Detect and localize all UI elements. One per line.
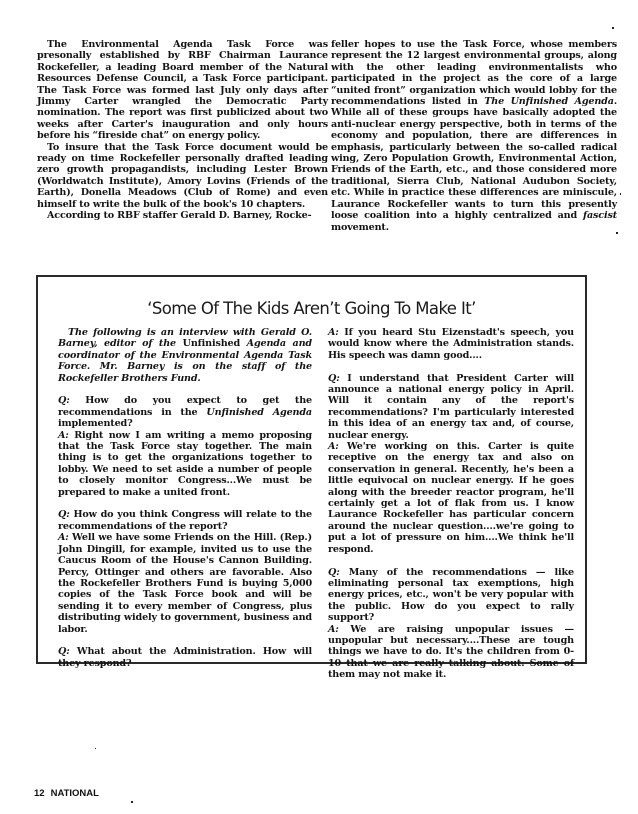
answer-label: A: xyxy=(328,327,339,338)
answer-label: A: xyxy=(58,430,69,441)
answer-label: A: xyxy=(328,441,339,452)
article-paragraph: To insure that the Task Force document w… xyxy=(37,142,328,210)
emphasis: fascist xyxy=(583,210,617,221)
qa-block: Q: How do you think Congress will relate… xyxy=(58,509,312,634)
scan-speck xyxy=(616,232,618,234)
answer-label: A: xyxy=(58,532,69,543)
scan-speck xyxy=(612,27,614,29)
question-text: How do you think Congress will relate to… xyxy=(58,509,312,531)
article-right-column: feller hopes to use the Task Force, whos… xyxy=(331,39,617,233)
interview-right-column: A: If you heard Stu Eizenstadt's speech,… xyxy=(328,327,574,692)
qa-block: Q: I understand that President Carter wi… xyxy=(328,373,574,556)
page-number: 12 xyxy=(34,788,45,799)
question-text: Many of the recommendations — like elimi… xyxy=(328,567,574,624)
question-text: I understand that President Carter will … xyxy=(328,373,574,441)
answer-text: Right now I am writing a memo proposing … xyxy=(58,430,312,498)
article-left-column: The Environmental Agenda Task Force was … xyxy=(37,39,328,222)
question-label: Q: xyxy=(328,373,340,384)
qa-block: Q: Many of the recommendations — like el… xyxy=(328,567,574,681)
question-label: Q: xyxy=(58,646,70,657)
interview-sidebar-box: ‘Some Of The Kids Aren’t Going To Make I… xyxy=(36,275,587,664)
page-footer: 12NATIONAL xyxy=(34,788,99,799)
article-paragraph: feller hopes to use the Task Force, whos… xyxy=(331,39,617,233)
scan-speck xyxy=(620,193,621,195)
question-label: Q: xyxy=(58,395,70,406)
question-label: Q: xyxy=(58,509,70,520)
answer-text: We're working on this. Carter is quite r… xyxy=(328,441,574,555)
answer-label: A: xyxy=(328,624,339,635)
section-label: NATIONAL xyxy=(51,788,99,799)
answer-text: Well we have some Friends on the Hill. (… xyxy=(58,532,312,634)
question-label: Q: xyxy=(328,567,340,578)
qa-block: A: If you heard Stu Eizenstadt's speech,… xyxy=(328,327,574,361)
answer-text: We are raising unpopular issues — unpopu… xyxy=(328,624,574,681)
scan-speck xyxy=(95,748,96,749)
article-paragraph: The Environmental Agenda Task Force was … xyxy=(37,39,328,142)
qa-block: Q: How do you expect to get the recommen… xyxy=(58,395,312,498)
article-paragraph: According to RBF staffer Gerald D. Barne… xyxy=(37,210,328,221)
sidebar-title: ‘Some Of The Kids Aren’t Going To Make I… xyxy=(38,299,585,318)
interview-intro: The following is an interview with Geral… xyxy=(58,327,312,384)
answer-text: If you heard Stu Eizenstadt's speech, yo… xyxy=(328,327,574,361)
question-text: What about the Administration. How will … xyxy=(58,646,312,668)
scan-speck xyxy=(131,801,133,803)
qa-block: Q: What about the Administration. How wi… xyxy=(58,646,312,669)
interview-left-column: The following is an interview with Geral… xyxy=(58,327,312,681)
book-title: The Unfinished Agenda xyxy=(484,96,614,107)
